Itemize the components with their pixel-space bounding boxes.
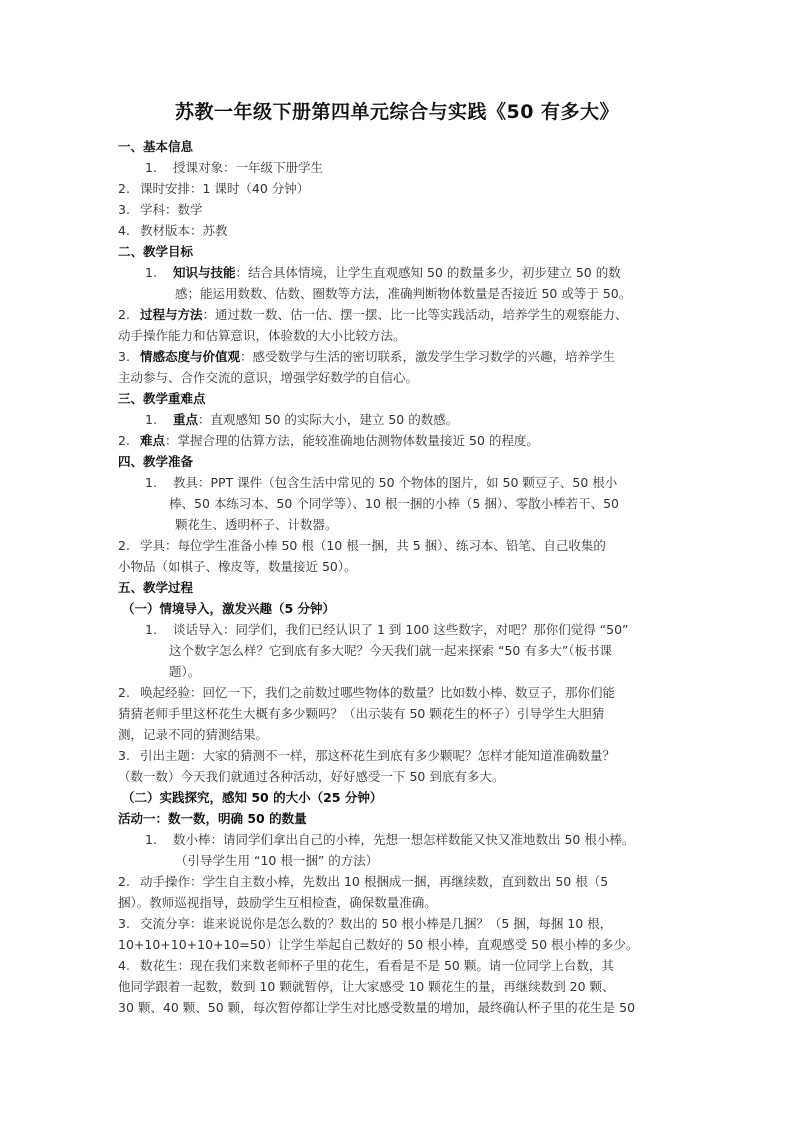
list-item: 2.过程与方法：通过数一数、估一估、摆一摆、比一比等实践活动，培养学生的观察能力…	[118, 304, 628, 325]
subsection-heading-intro: （一）情境导入，激发兴趣（5 分钟）	[122, 598, 335, 619]
list-number: 2.	[118, 304, 140, 325]
list-item: 2.课时安排：1 课时（40 分钟）	[118, 178, 309, 199]
list-continuation: （引导学生用 “10 根一捆” 的方法）	[175, 850, 378, 871]
list-item: 3.学科：数学	[118, 199, 203, 220]
list-text: ：感受数学与生活的密切联系，激发学生学习数学的兴趣，培养学生	[240, 349, 615, 364]
list-text: 数小棒：请同学们拿出自己的小棒，先想一想怎样数能又快又准地数出 50 根小棒。	[173, 832, 634, 847]
item-label: 难点	[140, 433, 165, 448]
list-item: 1.授课对象：一年级下册学生	[145, 157, 323, 178]
list-item: 2.唤起经验：回忆一下，我们之前数过哪些物体的数量？比如数小棒、数豆子，那你们能	[118, 682, 615, 703]
list-number: 2.	[118, 682, 140, 703]
list-text: 授课对象：一年级下册学生	[173, 160, 323, 175]
list-continuation: （数一数）今天我们就通过各种活动，好好感受一下 50 到底有多大。	[118, 766, 504, 787]
list-text: 学科：数学	[140, 202, 203, 217]
document-title: 苏教一年级下册第四单元综合与实践《50 有多大》	[0, 97, 794, 124]
list-item: 1.谈话导入：同学们，我们已经认识了 1 到 100 这些数字，对吧？那你们觉得…	[145, 619, 629, 640]
item-label: 重点	[173, 412, 198, 427]
list-item: 3.引出主题：大家的猜测不一样，那这杯花生到底有多少颗呢？怎样才能知道准确数量？	[118, 745, 615, 766]
list-text: ：直观感知 50 的实际大小，建立 50 的数感。	[198, 412, 458, 427]
list-item: 3.交流分享：谁来说说你是怎么数的？数出的 50 根小棒是几捆？（5 捆，每捆 …	[118, 913, 612, 934]
list-continuation: 动手操作能力和估算意识，体验数的大小比较方法。	[118, 325, 406, 346]
list-number: 4.	[118, 220, 140, 241]
list-number: 2.	[118, 871, 140, 892]
list-text: ：结合具体情境，让学生直观感知 50 的数量多少，初步建立 50 的数	[236, 265, 621, 280]
list-text: 课时安排：1 课时（40 分钟）	[140, 181, 309, 196]
list-continuation: 小物品（如棋子、橡皮等，数量接近 50）。	[118, 556, 357, 577]
list-text: 动手操作：学生自主数小棒，先数出 10 根捆成一捆，再继续数，直到数出 50 根…	[140, 874, 608, 889]
list-continuation: 30 颗、40 颗、50 颗，每次暂停都让学生对比感受数量的增加，最终确认杯子里…	[118, 997, 635, 1018]
section-heading-basic-info: 一、基本信息	[118, 136, 193, 157]
document-page: 苏教一年级下册第四单元综合与实践《50 有多大》 一、基本信息 1.授课对象：一…	[0, 0, 794, 1123]
section-heading-process: 五、教学过程	[118, 577, 193, 598]
list-continuation: 感；能运用数数、估数、圈数等方法，准确判断物体数量是否接近 50 或等于 50。	[175, 283, 631, 304]
list-number: 2.	[118, 430, 140, 451]
list-continuation: 棒、50 本练习本、50 个同学等）、10 根一捆的小棒（5 捆）、零散小棒若干…	[169, 493, 619, 514]
list-continuation: 这个数字怎么样？它到底有多大呢？今天我们就一起来探索 “50 有多大”（板书课	[169, 640, 612, 661]
list-item: 2.难点：掌握合理的估算方法，能较准确地估测物体数量接近 50 的程度。	[118, 430, 539, 451]
item-label: 情感态度与价值观	[140, 349, 240, 364]
list-number: 3.	[118, 346, 140, 367]
list-continuation: 题）。	[169, 661, 200, 682]
item-label: 过程与方法	[140, 307, 203, 322]
list-text: 学具：每位学生准备小棒 50 根（10 根一捆，共 5 捆）、练习本、铅笔、自己…	[140, 538, 606, 553]
list-item: 1.教具：PPT 课件（包含生活中常见的 50 个物体的图片，如 50 颗豆子、…	[145, 472, 617, 493]
section-heading-objectives: 二、教学目标	[118, 241, 193, 262]
subsection-heading-practice: （二）实践探究，感知 50 的大小（25 分钟）	[122, 787, 382, 808]
list-item: 4.教材版本：苏教	[118, 220, 228, 241]
list-item: 1.重点：直观感知 50 的实际大小，建立 50 的数感。	[145, 409, 458, 430]
list-continuation: 测，记录不同的猜测结果。	[118, 724, 268, 745]
list-text: 唤起经验：回忆一下，我们之前数过哪些物体的数量？比如数小棒、数豆子，那你们能	[140, 685, 615, 700]
item-label: 知识与技能	[173, 265, 236, 280]
list-number: 1.	[145, 472, 173, 493]
list-number: 3.	[118, 745, 140, 766]
activity-heading: 活动一：数一数，明确 50 的数量	[118, 808, 307, 829]
list-text: 引出主题：大家的猜测不一样，那这杯花生到底有多少颗呢？怎样才能知道准确数量？	[140, 748, 615, 763]
list-continuation: 10+10+10+10+10=50）让学生举起自己数好的 50 根小棒，直观感受…	[118, 934, 639, 955]
list-number: 3.	[118, 199, 140, 220]
section-heading-key-points: 三、教学重难点	[118, 388, 206, 409]
section-heading-preparation: 四、教学准备	[118, 451, 193, 472]
list-item: 3.情感态度与价值观：感受数学与生活的密切联系，激发学生学习数学的兴趣，培养学生	[118, 346, 615, 367]
list-text: 数花生：现在我们来数老师杯子里的花生，看看是不是 50 颗。请一位同学上台数，其	[140, 958, 614, 973]
list-number: 1.	[145, 409, 173, 430]
list-number: 2.	[118, 178, 140, 199]
list-number: 2.	[118, 535, 140, 556]
list-number: 3.	[118, 913, 140, 934]
list-item: 1.知识与技能：结合具体情境，让学生直观感知 50 的数量多少，初步建立 50 …	[145, 262, 621, 283]
list-text: 谈话导入：同学们，我们已经认识了 1 到 100 这些数字，对吧？那你们觉得 “…	[173, 622, 629, 637]
list-text: ：掌握合理的估算方法，能较准确地估测物体数量接近 50 的程度。	[165, 433, 539, 448]
list-continuation: 颗花生、透明杯子、计数器。	[175, 514, 338, 535]
list-text: 教具：PPT 课件（包含生活中常见的 50 个物体的图片，如 50 颗豆子、50…	[173, 475, 617, 490]
list-continuation: 主动参与、合作交流的意识，增强学好数学的自信心。	[118, 367, 418, 388]
list-item: 2.学具：每位学生准备小棒 50 根（10 根一捆，共 5 捆）、练习本、铅笔、…	[118, 535, 606, 556]
list-text: 交流分享：谁来说说你是怎么数的？数出的 50 根小棒是几捆？（5 捆，每捆 10…	[140, 916, 612, 931]
list-text: ：通过数一数、估一估、摆一摆、比一比等实践活动，培养学生的观察能力、	[203, 307, 628, 322]
list-number: 1.	[145, 262, 173, 283]
list-continuation: 捆）。教师巡视指导，鼓励学生互相检查，确保数量准确。	[118, 892, 437, 913]
list-item: 2.动手操作：学生自主数小棒，先数出 10 根捆成一捆，再继续数，直到数出 50…	[118, 871, 608, 892]
list-number: 1.	[145, 157, 173, 178]
list-number: 4.	[118, 955, 140, 976]
list-continuation: 猜猜老师手里这杯花生大概有多少颗吗？（出示装有 50 颗花生的杯子）引导学生大胆…	[118, 703, 604, 724]
list-number: 1.	[145, 829, 173, 850]
list-item: 4.数花生：现在我们来数老师杯子里的花生，看看是不是 50 颗。请一位同学上台数…	[118, 955, 614, 976]
list-item: 1.数小棒：请同学们拿出自己的小棒，先想一想怎样数能又快又准地数出 50 根小棒…	[145, 829, 634, 850]
list-continuation: 他同学跟着一起数，数到 10 颗就暂停，让大家感受 10 颗花生的量，再继续数到…	[118, 976, 615, 997]
list-text: 教材版本：苏教	[140, 223, 228, 238]
list-number: 1.	[145, 619, 173, 640]
